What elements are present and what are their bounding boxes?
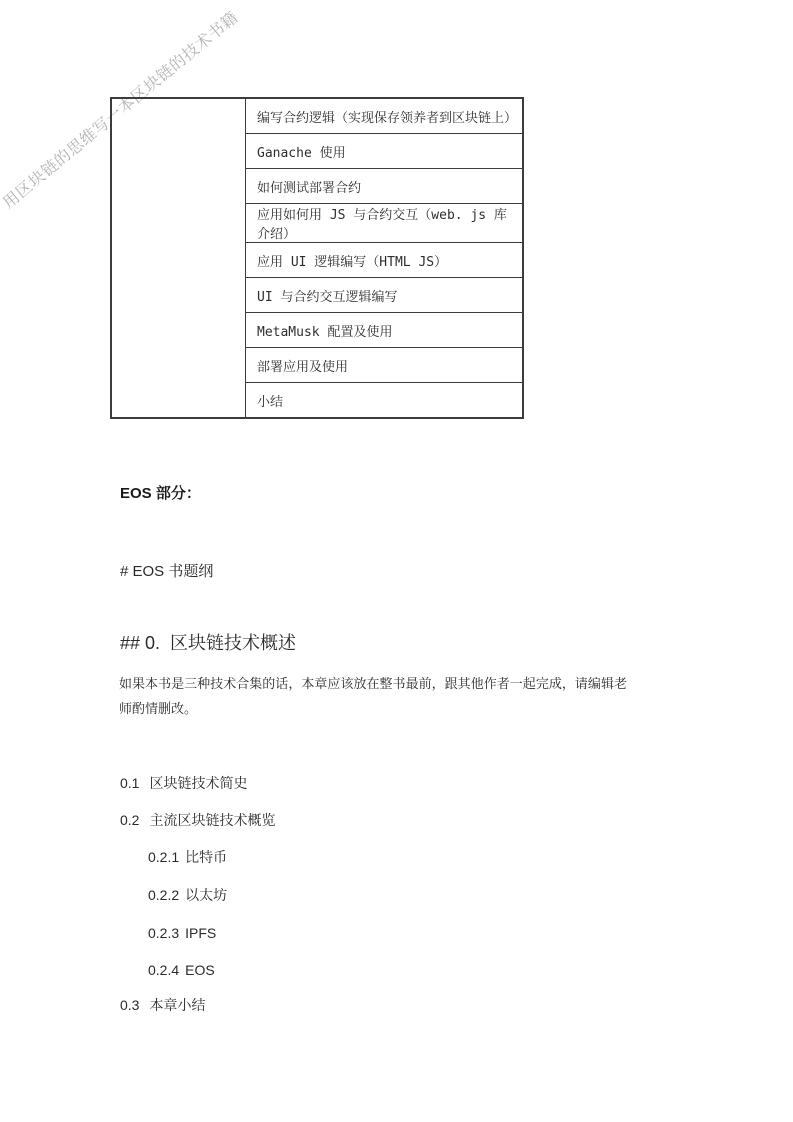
outline-item-label: IPFS [185, 925, 216, 941]
outline-item-number: 0.2.2 [148, 887, 179, 903]
table-cell: UI 与合约交互逻辑编写 [246, 278, 524, 313]
outline-item: 0.2.3IPFS [148, 923, 216, 943]
outline-item-label: 以太坊 [185, 887, 227, 903]
outline-item-label: 本章小结 [149, 997, 205, 1013]
outline-item-number: 0.1 [120, 775, 139, 791]
document-page: 用区块链的思维写一本区块链的技术书籍 编写合约逻辑（实现保存领养者到区块链上）G… [0, 0, 793, 1122]
outline-item-number: 0.3 [120, 997, 139, 1013]
eos-outline-title: # EOS 书题纲 [120, 562, 213, 582]
table-cell: 编写合约逻辑（实现保存领养者到区块链上） [246, 98, 524, 134]
outline-item-label: 区块链技术简史 [149, 775, 247, 791]
table-cell: 应用如何用 JS 与合约交互（web. js 库介绍） [246, 204, 524, 243]
outline-item-number: 0.2.1 [148, 849, 179, 865]
table-cell: 小结 [246, 383, 524, 419]
chapter0-heading: ## 0. 区块链技术概述 [120, 633, 296, 653]
chapter-outline-table: 编写合约逻辑（实现保存领养者到区块链上）Ganache 使用如何测试部署合约应用… [110, 97, 524, 419]
outline-item-label: 主流区块链技术概览 [149, 812, 275, 828]
outline-item: 0.2.4EOS [148, 960, 215, 980]
table-row: 编写合约逻辑（实现保存领养者到区块链上） [111, 98, 523, 134]
table-cell: MetaMusk 配置及使用 [246, 313, 524, 348]
outline-item-number: 0.2 [120, 812, 139, 828]
table-spacer-cell [111, 98, 246, 418]
outline-item: 0.2.1比特币 [148, 847, 227, 867]
table-cell: 如何测试部署合约 [246, 169, 524, 204]
outline-item: 0.2主流区块链技术概览 [120, 810, 275, 830]
outline-item-label: 比特币 [185, 849, 227, 865]
outline-item: 0.2.2以太坊 [148, 885, 227, 905]
eos-section-heading: EOS 部分： [120, 484, 201, 504]
outline-item-number: 0.2.4 [148, 962, 179, 978]
outline-item-label: EOS [185, 962, 215, 978]
table-cell: Ganache 使用 [246, 134, 524, 169]
chapter0-note-paragraph: 如果本书是三种技术合集的话，本章应该放在整书最前，跟其他作者一起完成，请编辑老师… [119, 671, 627, 721]
table-cell: 部署应用及使用 [246, 348, 524, 383]
outline-item: 0.1区块链技术简史 [120, 773, 247, 793]
outline-item-number: 0.2.3 [148, 925, 179, 941]
table-cell: 应用 UI 逻辑编写（HTML JS） [246, 243, 524, 278]
outline-item: 0.3本章小结 [120, 995, 205, 1015]
